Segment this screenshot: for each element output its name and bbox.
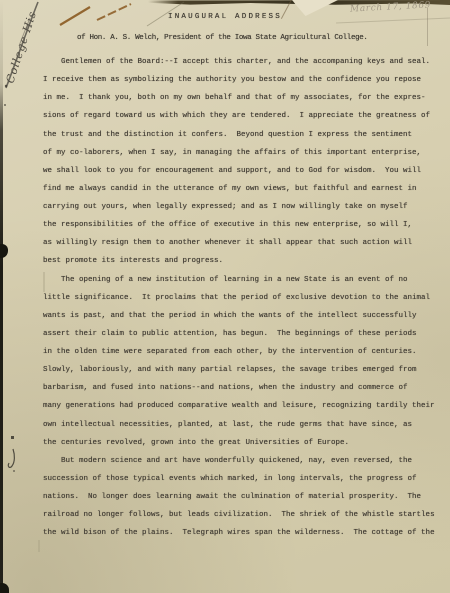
text-line: find me always candid in the utterance o… — [43, 180, 443, 198]
text-line: I receive them as symbolizing the author… — [43, 71, 443, 89]
text-line: succession of those typical events which… — [43, 470, 443, 488]
margin-dot-2 — [4, 104, 6, 106]
text-line: railroad no longer follows, but leads ci… — [43, 506, 443, 524]
text-line: little significance. It proclaims that t… — [43, 289, 443, 307]
text-line: best promote its interests and progress. — [43, 252, 443, 270]
text-line: assert their claim to public attention, … — [43, 325, 443, 343]
document-page: March 17, 1869 College His INAUGURAL ADD… — [0, 0, 450, 593]
document-title: INAUGURAL ADDRESS — [0, 13, 450, 21]
text-line: we shall look to you for encouragement a… — [43, 162, 443, 180]
left-edge-ink-blob — [0, 244, 8, 258]
margin-dot-1 — [5, 85, 7, 87]
text-line: own intellectual necessities, planted, a… — [43, 416, 443, 434]
text-line: the centuries revolved, grown into the g… — [43, 434, 443, 452]
text-line: the trust and the distinction it confers… — [43, 126, 443, 144]
text-line: the wild bison of the plains. Telegraph … — [43, 524, 443, 542]
text-line: Slowly, laboriously, and with many parti… — [43, 361, 443, 379]
document-byline: of Hon. A. S. Welch, President of the Io… — [77, 34, 368, 42]
margin-dot-3 — [13, 470, 15, 472]
text-line: many generations had produced comparativ… — [43, 397, 443, 415]
text-line: in me. I thank you, both on my own behal… — [43, 89, 443, 107]
text-line: as willingly resign them to another when… — [43, 234, 443, 252]
text-line: of my co-laborers, when I say, in managi… — [43, 144, 443, 162]
text-line: the responsibilities of the office of ex… — [43, 216, 443, 234]
margin-j-mark — [8, 449, 14, 467]
text-line: The opening of a new institution of lear… — [43, 271, 443, 289]
document-body: Gentlemen of the Board:--I accept this c… — [43, 53, 443, 542]
scan-left-edge — [0, 0, 3, 593]
text-line: But modern science and art have wonderfu… — [43, 452, 443, 470]
text-line: carrying out yours, when legally express… — [43, 198, 443, 216]
text-line: wants is past, and that the period in wh… — [43, 307, 443, 325]
text-line: sions of regard toward us with which the… — [43, 107, 443, 125]
text-line: in the olden time were separated from ea… — [43, 343, 443, 361]
bottom-corner-mark — [0, 583, 9, 593]
margin-square-dot — [11, 436, 14, 439]
text-line: barbarism, and fused into nations--and n… — [43, 379, 443, 397]
text-line: nations. No longer does learning await t… — [43, 488, 443, 506]
pen-flourish-stroke-2 — [19, 18, 30, 46]
text-line: Gentlemen of the Board:--I accept this c… — [43, 53, 443, 71]
